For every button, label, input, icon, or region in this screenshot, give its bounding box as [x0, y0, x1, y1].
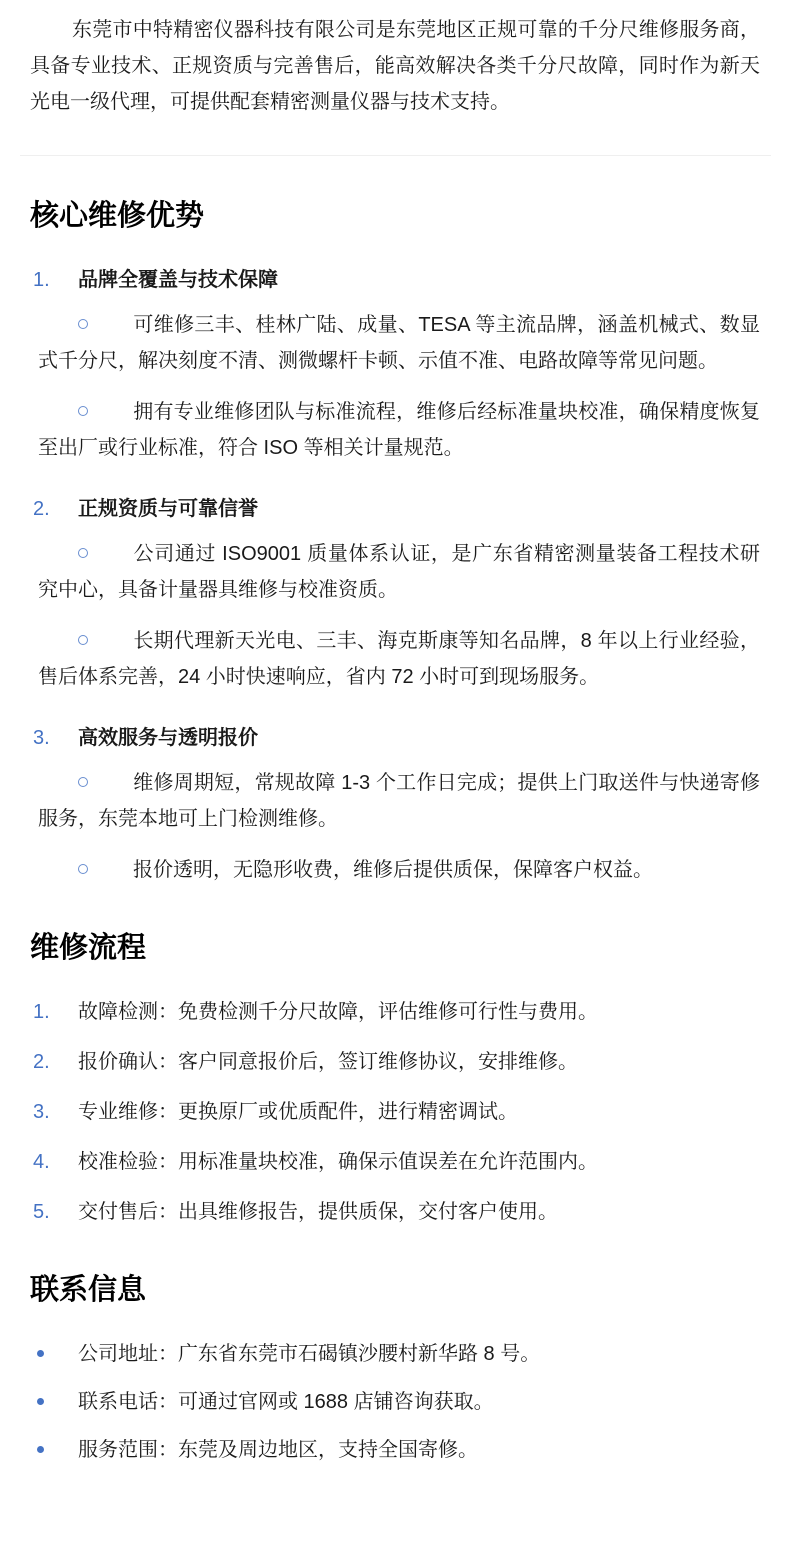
bullet-text: 报价透明，无隐形收费，维修后提供质保，保障客户权益。	[133, 859, 653, 881]
bullet-text: 拥有专业维修团队与标准流程，维修后经标准量块校准，确保精度恢复至出厂或行业标准，…	[38, 401, 760, 459]
circle-bullet-icon	[78, 319, 88, 329]
advantage-title: 品牌全覆盖与技术保障	[78, 269, 278, 291]
list-number: 3.	[33, 720, 50, 756]
circle-bullet-icon	[78, 777, 88, 787]
advantage-bullet: 报价透明，无隐形收费，维修后提供质保，保障客户权益。	[38, 852, 760, 888]
section-divider	[20, 155, 771, 156]
advantage-bullet: 公司通过 ISO9001 质量体系认证，是广东省精密测量装备工程技术研究中心，具…	[38, 536, 760, 608]
bullet-text: 可维修三丰、桂林广陆、成量、TESA 等主流品牌，涵盖机械式、数显式千分尺，解决…	[38, 314, 760, 372]
document-page: 东莞市中特精密仪器科技有限公司是东莞地区正规可靠的千分尺维修服务商，具备专业技术…	[0, 0, 791, 1564]
list-number: 5.	[33, 1194, 50, 1230]
contact-text: 服务范围：东莞及周边地区，支持全国寄修。	[78, 1439, 478, 1461]
contact-text: 公司地址：广东省东莞市石碣镇沙腰村新华路 8 号。	[78, 1343, 540, 1365]
contact-item-address: 公司地址：广东省东莞市石碣镇沙腰村新华路 8 号。	[30, 1336, 760, 1372]
circle-bullet-icon	[78, 406, 88, 416]
intro-paragraph: 东莞市中特精密仪器科技有限公司是东莞地区正规可靠的千分尺维修服务商，具备专业技术…	[30, 12, 760, 120]
process-step-text: 专业维修：更换原厂或优质配件，进行精密调试。	[78, 1101, 518, 1123]
advantage-item-1: 1.品牌全覆盖与技术保障	[30, 262, 760, 298]
list-number: 2.	[33, 491, 50, 527]
section-heading-contact: 联系信息	[30, 1270, 760, 1310]
circle-bullet-icon	[78, 635, 88, 645]
process-step-text: 故障检测：免费检测千分尺故障，评估维修可行性与费用。	[78, 1001, 598, 1023]
circle-bullet-icon	[78, 548, 88, 558]
list-number: 3.	[33, 1094, 50, 1130]
bullet-text: 公司通过 ISO9001 质量体系认证，是广东省精密测量装备工程技术研究中心，具…	[38, 543, 760, 601]
disc-bullet-icon	[37, 1398, 44, 1405]
advantage-title: 高效服务与透明报价	[78, 727, 258, 749]
list-number: 4.	[33, 1144, 50, 1180]
process-step-text: 报价确认：客户同意报价后，签订维修协议，安排维修。	[78, 1051, 578, 1073]
list-number: 1.	[33, 994, 50, 1030]
section-heading-advantages: 核心维修优势	[30, 196, 760, 236]
advantage-bullet: 可维修三丰、桂林广陆、成量、TESA 等主流品牌，涵盖机械式、数显式千分尺，解决…	[38, 307, 760, 379]
process-step-4: 4.校准检验：用标准量块校准，确保示值误差在允许范围内。	[30, 1144, 760, 1180]
contact-text: 联系电话：可通过官网或 1688 店铺咨询获取。	[78, 1391, 494, 1413]
advantage-item-2: 2.正规资质与可靠信誉	[30, 491, 760, 527]
process-step-2: 2.报价确认：客户同意报价后，签订维修协议，安排维修。	[30, 1044, 760, 1080]
process-step-5: 5.交付售后：出具维修报告，提供质保，交付客户使用。	[30, 1194, 760, 1230]
advantage-bullet: 长期代理新天光电、三丰、海克斯康等知名品牌，8 年以上行业经验，售后体系完善，2…	[38, 623, 760, 695]
disc-bullet-icon	[37, 1446, 44, 1453]
process-step-1: 1.故障检测：免费检测千分尺故障，评估维修可行性与费用。	[30, 994, 760, 1030]
contact-item-scope: 服务范围：东莞及周边地区，支持全国寄修。	[30, 1432, 760, 1468]
list-number: 2.	[33, 1044, 50, 1080]
process-step-text: 校准检验：用标准量块校准，确保示值误差在允许范围内。	[78, 1151, 598, 1173]
list-number: 1.	[33, 262, 50, 298]
disc-bullet-icon	[37, 1350, 44, 1357]
bullet-text: 长期代理新天光电、三丰、海克斯康等知名品牌，8 年以上行业经验，售后体系完善，2…	[38, 630, 760, 688]
bullet-text: 维修周期短，常规故障 1-3 个工作日完成；提供上门取送件与快递寄修服务，东莞本…	[38, 772, 760, 830]
process-step-3: 3.专业维修：更换原厂或优质配件，进行精密调试。	[30, 1094, 760, 1130]
advantage-title: 正规资质与可靠信誉	[78, 498, 258, 520]
advantage-item-3: 3.高效服务与透明报价	[30, 720, 760, 756]
section-heading-process: 维修流程	[30, 928, 760, 968]
contact-item-phone: 联系电话：可通过官网或 1688 店铺咨询获取。	[30, 1384, 760, 1420]
advantage-bullet: 拥有专业维修团队与标准流程，维修后经标准量块校准，确保精度恢复至出厂或行业标准，…	[38, 394, 760, 466]
advantage-bullet: 维修周期短，常规故障 1-3 个工作日完成；提供上门取送件与快递寄修服务，东莞本…	[38, 765, 760, 837]
process-step-text: 交付售后：出具维修报告，提供质保，交付客户使用。	[78, 1201, 558, 1223]
circle-bullet-icon	[78, 864, 88, 874]
